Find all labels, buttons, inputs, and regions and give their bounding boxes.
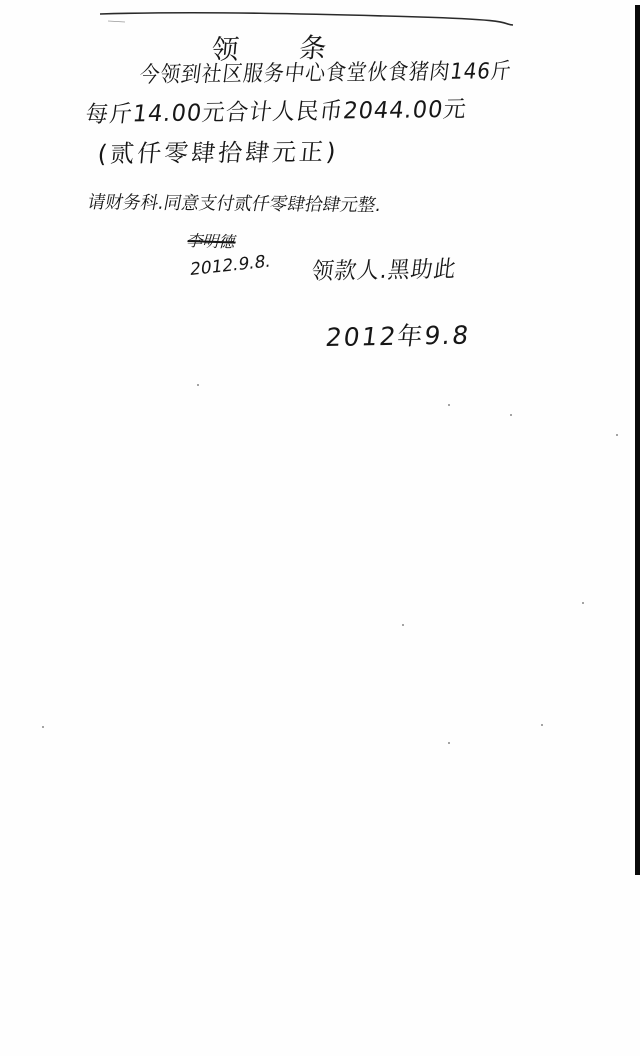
body-line-3-amount-in-words: (贰仟零肆拾肆元正) [96, 132, 340, 169]
approver-signature: 李明德 [185, 228, 240, 252]
scan-speck [402, 624, 404, 626]
body-line-2: 每斤14.00元合计人民币2044.00元 [84, 91, 469, 129]
scan-speck [197, 384, 199, 386]
receive-date: 2012年9.8 [324, 315, 473, 354]
scan-speck [541, 724, 543, 726]
scan-speck [616, 434, 618, 436]
scanned-receipt-page: 领 条 今领到社区服务中心食堂伙食猪肉146斤 每斤14.00元合计人民币204… [0, 0, 640, 1056]
scan-speck [582, 602, 584, 604]
scan-speck [448, 404, 450, 406]
scan-speck [510, 414, 512, 416]
receiver-signature: 领款人.黑助此 [310, 250, 459, 286]
scan-speck [42, 726, 44, 728]
body-line-1: 今领到社区服务中心食堂伙食猪肉146斤 [138, 54, 514, 89]
approval-note: 请财务科.同意支付贰仟零肆拾肆元整. [86, 188, 384, 217]
scan-speck [448, 742, 450, 744]
approver-date: 2012.9.8. [189, 251, 272, 280]
scan-edge-bar [635, 5, 640, 875]
